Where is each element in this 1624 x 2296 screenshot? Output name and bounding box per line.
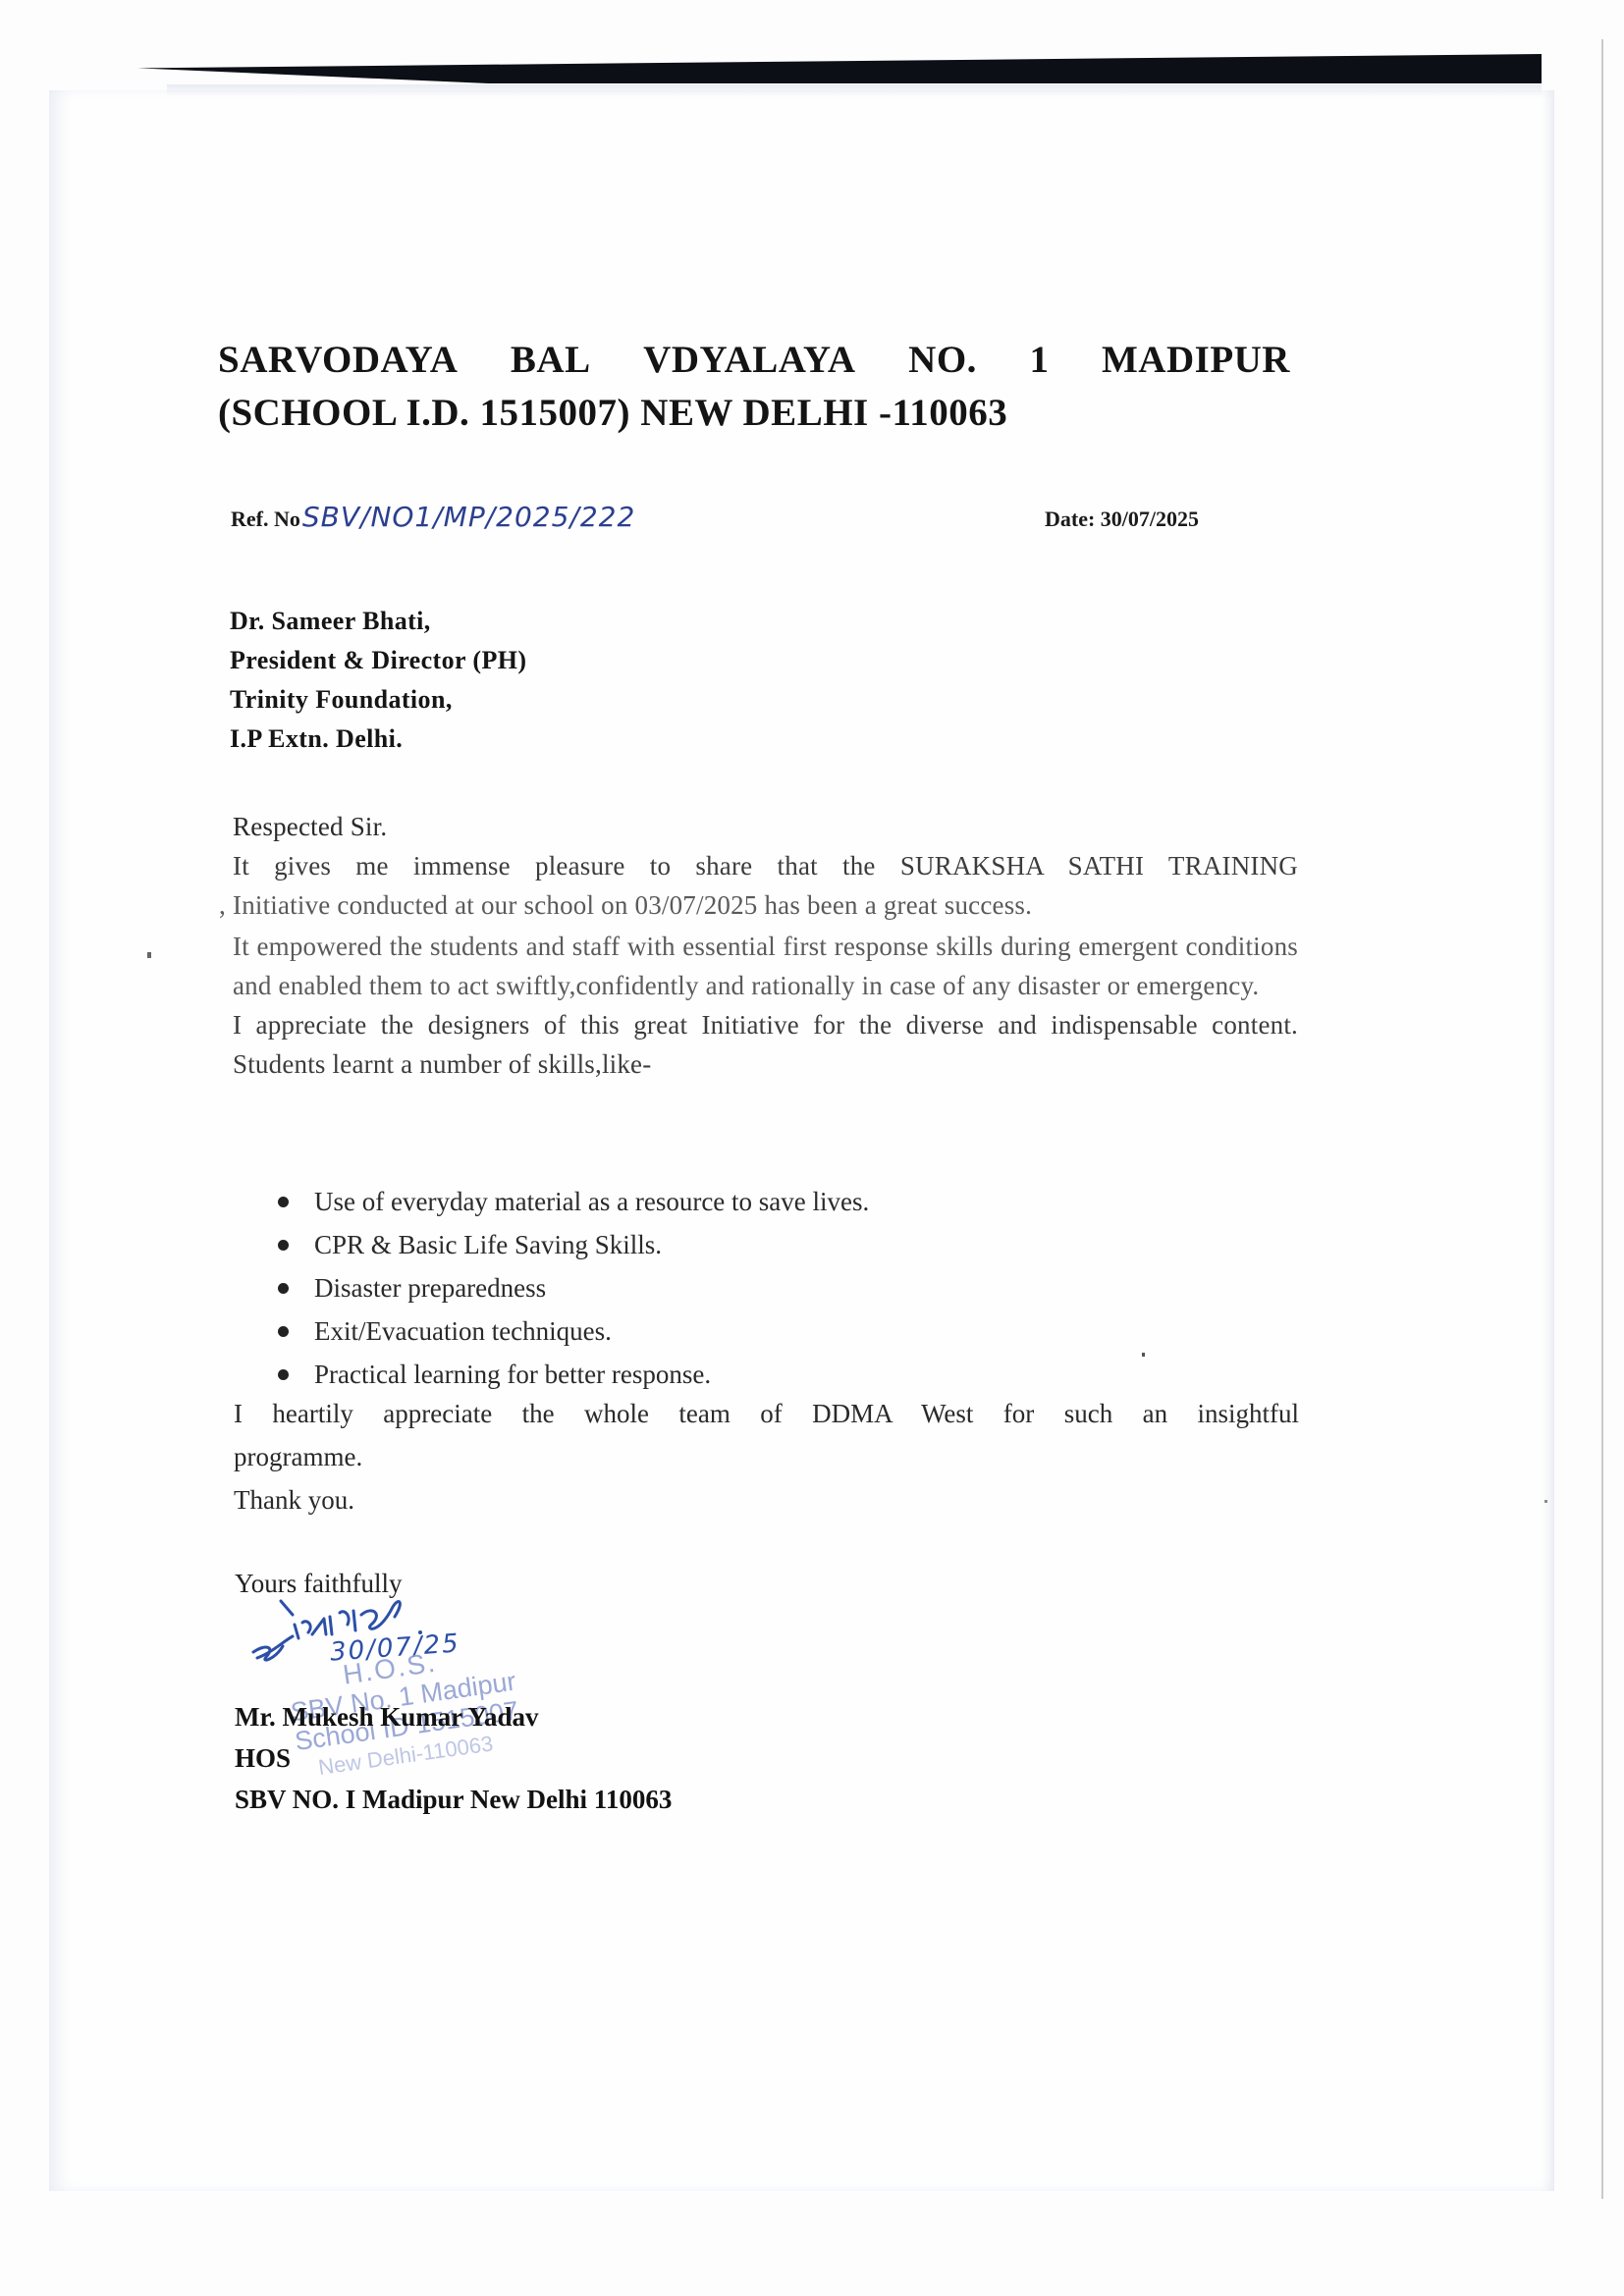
skill-text: Use of everyday material as a resource t… [314,1187,869,1216]
sender-name: Mr. Mukesh Kumar Yadav [235,1696,672,1737]
scan-speck [1544,1500,1547,1503]
closing-appreciation-line1: I heartily appreciate the whole team of … [234,1392,1299,1435]
bullet-icon [278,1283,289,1294]
scan-edge-bar [137,54,1542,83]
reference-number: Ref. NoSBV/NO1/MP/2025/222 [231,501,635,533]
letter-date: Date: 30/07/2025 [1045,507,1199,532]
letter-body: Respected Sir. It gives me immense pleas… [233,807,1298,1084]
skill-text: Practical learning for better response. [314,1360,711,1389]
recipient-title: President & Director (PH) [230,641,526,680]
skill-text: Exit/Evacuation techniques. [314,1316,612,1346]
bullet-icon [278,1240,289,1251]
skill-text: Disaster preparedness [314,1273,546,1303]
letterhead: SARVODAYA BAL VDYALAYA NO. 1 MADIPUR (SC… [218,334,1290,440]
recipient-address: Dr. Sameer Bhati, President & Director (… [230,602,526,759]
letterhead-school-name: SARVODAYA BAL VDYALAYA NO. 1 MADIPUR [218,334,1290,387]
scan-edge-line [1601,39,1603,2199]
paragraph-intro-line2: ,Initiative conducted at our school on 0… [233,885,1298,925]
letterhead-school-id: (SCHOOL I.D. 1515007) NEW DELHI -110063 [218,387,1290,440]
sender-address: SBV NO. I Madipur New Delhi 110063 [235,1779,672,1820]
list-item: Practical learning for better response. [278,1353,869,1396]
recipient-organization: Trinity Foundation, [230,680,526,720]
paragraph-intro-text: Initiative conducted at our school on 03… [233,890,1032,920]
paragraph-intro-line1: It gives me immense pleasure to share th… [233,846,1298,885]
scan-speck [147,952,151,958]
scan-edge-shadow [167,84,1542,96]
skill-text: CPR & Basic Life Saving Skills. [314,1230,662,1259]
closing-appreciation-line2: programme. [234,1435,1299,1478]
letterhead-word: BAL [511,334,591,387]
scan-speck [1142,1353,1145,1357]
sender-designation: HOS [235,1737,672,1779]
letterhead-word: SARVODAYA [218,334,458,387]
skills-list: Use of everyday material as a resource t… [278,1180,869,1396]
reference-handwritten-value: SBV/NO1/MP/2025/222 [302,501,635,533]
recipient-location: I.P Extn. Delhi. [230,720,526,759]
paragraph-appreciation: I appreciate the designers of this great… [233,1005,1298,1084]
bullet-icon [278,1369,289,1380]
paragraph-empowerment: It empowered the students and staff with… [233,927,1298,1005]
stray-comma: , [219,885,226,925]
letterhead-word: NO. [908,334,977,387]
salutation: Respected Sir. [233,807,1298,846]
bullet-icon [278,1326,289,1337]
list-item: Use of everyday material as a resource t… [278,1180,869,1223]
closing-thanks: Thank you. [234,1478,1299,1522]
sender-block: Mr. Mukesh Kumar Yadav HOS SBV NO. I Mad… [235,1696,672,1820]
list-item: Disaster preparedness [278,1266,869,1309]
reference-label: Ref. No [231,507,300,531]
list-item: Exit/Evacuation techniques. [278,1309,869,1353]
bullet-icon [278,1197,289,1207]
letterhead-word: VDYALAYA [643,334,855,387]
letterhead-word: MADIPUR [1102,334,1290,387]
recipient-name: Dr. Sameer Bhati, [230,602,526,641]
closing-paragraph: I heartily appreciate the whole team of … [234,1392,1299,1522]
letterhead-word: 1 [1029,334,1049,387]
list-item: CPR & Basic Life Saving Skills. [278,1223,869,1266]
